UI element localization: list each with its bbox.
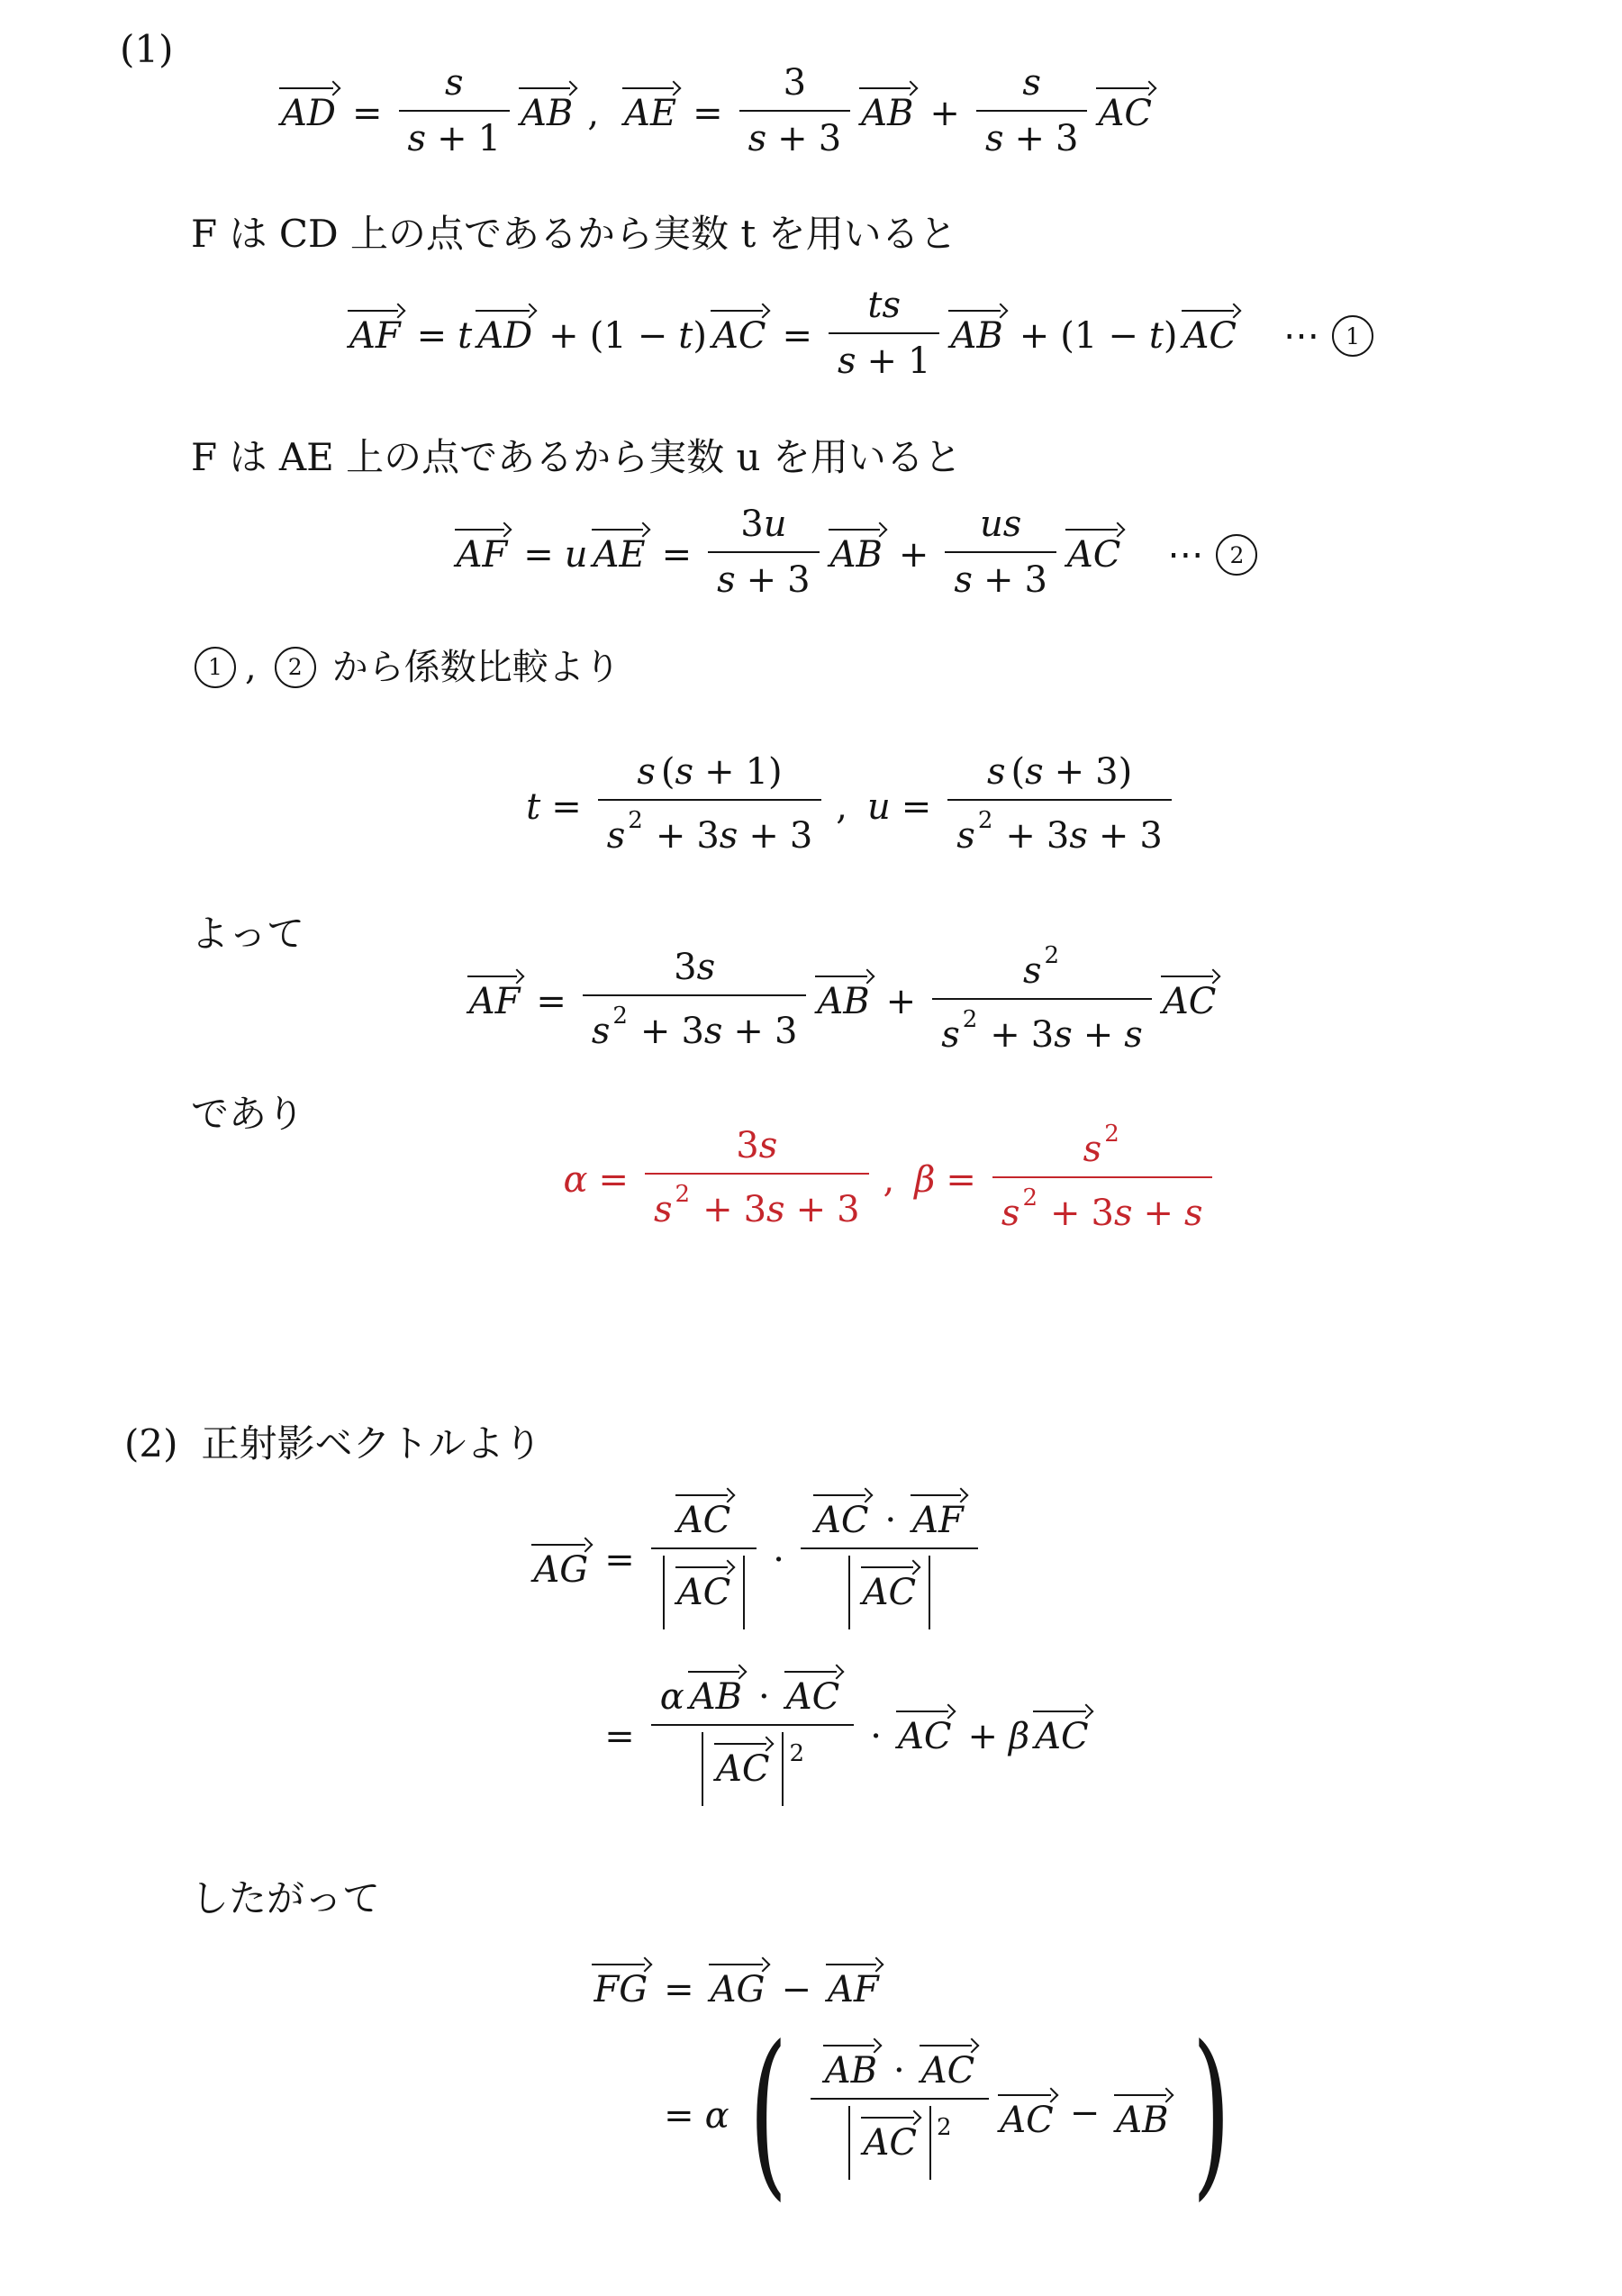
superscript: 2	[963, 1006, 978, 1033]
fraction: s2s2+3s+s	[992, 1121, 1212, 1234]
vector-ab-overarrow: AB	[857, 78, 917, 134]
vector-label: AC	[1098, 93, 1152, 134]
superscript: 2	[1104, 1121, 1119, 1148]
vector-label: AC	[815, 1500, 869, 1541]
math-token: +	[1005, 815, 1036, 857]
math-token: s	[1114, 1193, 1133, 1234]
math-line: AF=uAE=3us+3AB+uss+3AC⋯2	[451, 509, 1262, 606]
math-token: 3	[1092, 1193, 1114, 1234]
math-token: s	[1023, 950, 1042, 992]
math-token: s	[766, 1189, 785, 1230]
circled-number-2: 2	[1216, 534, 1257, 576]
math-token: 3	[775, 1011, 797, 1052]
math-token: 3	[1139, 815, 1162, 857]
vector-ab-overarrow: AB	[947, 301, 1006, 357]
math-token: +	[747, 559, 777, 601]
vector-ac-overarrow: AC	[783, 1662, 844, 1718]
fraction: ss+3	[976, 62, 1088, 159]
vector-ac-overarrow: AC	[859, 2108, 920, 2164]
math-token: +	[748, 815, 779, 857]
fraction-numerator: s2	[1014, 942, 1070, 998]
equation-fg-block: FG =AG−AF =α(AB·ACAC2AC−AB)	[0, 1955, 1622, 2191]
math-token: s	[1054, 1014, 1073, 1056]
math-token: +	[1055, 751, 1085, 793]
math-token: +	[1014, 118, 1045, 159]
math-token: −	[1108, 315, 1138, 357]
math-token: +	[967, 1716, 998, 1757]
paragraph-f-on-cd: F は CD 上の点であるから実数 t を用いると	[191, 212, 957, 257]
vector-label: AC	[863, 2122, 917, 2164]
math-token: 3	[1031, 1014, 1054, 1056]
superscript: 2	[675, 1181, 691, 1208]
math-token: 3	[784, 62, 806, 104]
vector-label: AD	[477, 315, 532, 357]
math-token: 3	[696, 815, 719, 857]
math-token: 3	[837, 1189, 859, 1230]
math-token: )	[693, 315, 707, 357]
fraction-numerator: 3	[775, 62, 815, 110]
math-token: s	[1025, 751, 1044, 793]
math-token: ,	[245, 646, 257, 689]
fraction-numerator: s(s+3)	[978, 751, 1141, 799]
math-token: 1	[908, 340, 930, 382]
vector-label: AB	[817, 981, 869, 1022]
fraction: AB·ACAC2	[811, 2036, 990, 2180]
section-1-marker: (1)	[120, 27, 174, 72]
fraction-numerator: s	[436, 62, 473, 110]
vector-ab-overarrow: AB	[821, 2036, 881, 2092]
vector-label: AC	[1000, 2100, 1054, 2141]
vector-ac-overarrow: AC	[1031, 1702, 1092, 1757]
math-token: t	[1149, 315, 1164, 357]
math-token: s	[941, 1014, 960, 1056]
fraction-denominator: AC	[651, 1549, 757, 1629]
absolute-value-bars: AC	[848, 1556, 931, 1629]
vector-label: AB	[521, 93, 573, 134]
fraction: 3s+3	[739, 62, 851, 159]
fraction: uss+3	[945, 504, 1056, 601]
vector-ag-overarrow: AG	[530, 1535, 592, 1591]
math-token: 3	[787, 559, 810, 601]
math-token: =	[352, 93, 383, 134]
math-token: 1	[603, 315, 626, 357]
math-token: =	[693, 93, 723, 134]
math-token: 3	[1095, 751, 1118, 793]
math-token: −	[638, 315, 668, 357]
vector-label: AC	[921, 2050, 975, 2092]
math-token: +	[983, 559, 1014, 601]
math-token: t	[678, 315, 693, 357]
circled-number-1: 1	[1332, 315, 1373, 357]
vector-label: AF	[828, 1969, 879, 2010]
math-line: =αAB·ACAC2·AC+βAC	[594, 1667, 1093, 1811]
math-token: =	[551, 786, 582, 828]
math-token: s	[637, 751, 656, 793]
fraction-denominator: s+1	[829, 334, 940, 382]
vector-label: AC	[677, 1500, 731, 1541]
math-token: =	[598, 1159, 629, 1201]
equation-af-via-cd: AF=tAD+(1−t)AC=tss+1AB+(1−t)AC⋯1	[0, 290, 1622, 387]
circled-number-2: 2	[275, 647, 316, 688]
math-token: s	[408, 118, 427, 159]
superscript: 2	[1044, 942, 1059, 969]
vector-label: FG	[594, 1969, 648, 2010]
fraction-denominator: s+3	[739, 112, 851, 159]
vector-ab-overarrow: AB	[1112, 2085, 1172, 2141]
vector-ad-overarrow: AD	[474, 301, 536, 357]
math-token: ts	[867, 285, 901, 326]
math-token: t	[526, 786, 540, 828]
math-token: ⋯	[1283, 315, 1319, 357]
vector-ac-overarrow: AC	[1064, 520, 1125, 576]
paren-content: AB·ACAC2AC−AB	[805, 2041, 1174, 2185]
math-line: =AG−AF	[653, 1955, 884, 2010]
math-token: s	[675, 751, 694, 793]
math-token: ·	[773, 1539, 784, 1581]
math-token: s	[607, 815, 626, 857]
math-token: −	[1070, 2092, 1101, 2134]
math-token: s	[954, 559, 973, 601]
fraction: 3us+3	[708, 504, 820, 601]
math-token: 3	[681, 1011, 703, 1052]
vector-label: AC	[716, 1748, 770, 1790]
fraction-numerator: s2	[1074, 1121, 1130, 1176]
math-token: s	[1022, 62, 1041, 104]
fraction-numerator: AC·AF	[801, 1485, 978, 1547]
math-line: AG	[528, 1535, 594, 1591]
vector-label: AF	[469, 981, 521, 1022]
superscript: 2	[937, 2114, 952, 2141]
vector-af-overarrow: AF	[466, 966, 524, 1022]
math-token: s	[717, 559, 736, 601]
math-token: s	[697, 947, 716, 988]
math-token: s	[1001, 1193, 1020, 1234]
math-token: β	[914, 1159, 935, 1201]
vector-label: AF	[912, 1500, 964, 1541]
math-token: ,	[836, 786, 847, 828]
math-token: α	[705, 2095, 729, 2137]
vector-ab-overarrow: AB	[517, 78, 576, 134]
fraction-numerator: s	[1013, 62, 1050, 110]
math-line: t=s(s+1)s2+3s+3,u=s(s+3)s2+3s+3	[526, 757, 1177, 862]
vector-ac-overarrow: AC	[918, 2036, 979, 2092]
math-token: 3	[1024, 559, 1047, 601]
vector-ab-overarrow: AB	[827, 520, 886, 576]
fraction-numerator: us	[971, 504, 1030, 551]
vector-label: AB	[861, 93, 913, 134]
math-token: +	[886, 981, 917, 1022]
section-2-heading: (2)正射影ベクトルより	[124, 1421, 542, 1466]
math-token: +	[1099, 815, 1129, 857]
math-token: +	[704, 751, 735, 793]
fraction: s(s+3)s2+3s+3	[947, 751, 1172, 857]
vector-label: AC	[863, 1572, 917, 1613]
vector-ae-overarrow: AE	[590, 520, 649, 576]
fraction-denominator: s+3	[708, 553, 820, 601]
math-token: +	[796, 1189, 827, 1230]
fraction: ss+1	[399, 62, 511, 159]
math-token: s	[592, 1011, 611, 1052]
math-token: ·	[870, 1716, 882, 1757]
equation-t-u-values: t=s(s+1)s2+3s+3,u=s(s+3)s2+3s+3	[0, 757, 1622, 862]
math-token: 1	[478, 118, 501, 159]
vector-label: AF	[457, 534, 508, 576]
math-token: ·	[893, 2050, 905, 2092]
vector-ab-overarrow: AB	[813, 966, 873, 1022]
reference-line: 1,2から係数比較より	[182, 646, 621, 691]
fraction-denominator: AC	[837, 1549, 943, 1629]
math-token: +	[640, 1011, 671, 1052]
math-line: AF=tAD+(1−t)AC=tss+1AB+(1−t)AC⋯1	[344, 290, 1377, 387]
math-token: s	[1124, 1014, 1143, 1056]
fraction-denominator: s2+3s+3	[583, 996, 807, 1052]
fraction-denominator: s2+3s+3	[947, 801, 1172, 857]
vector-label: AG	[711, 1969, 766, 2010]
math-token: s	[1083, 1129, 1102, 1170]
math-token: s	[1184, 1193, 1203, 1234]
vector-ac-overarrow: AC	[712, 1734, 774, 1790]
math-token: t	[458, 315, 472, 357]
math-token: +	[1143, 1193, 1173, 1234]
vector-af-overarrow: AF	[909, 1485, 967, 1541]
math-token: (	[1060, 315, 1074, 357]
fraction-denominator: s2+3s+3	[598, 801, 822, 857]
paragraph-shitagatte: したがって	[191, 1876, 380, 1921]
math-line: AD=ss+1AB,AE=3s+3AB+ss+3AC	[276, 68, 1157, 165]
vector-ac-overarrow: AC	[674, 1557, 735, 1613]
math-token: s	[759, 1125, 778, 1166]
math-token: s	[987, 751, 1006, 793]
fraction: αAB·ACAC2	[651, 1662, 855, 1806]
math-token: =	[523, 534, 554, 576]
math-token: 3	[736, 1125, 758, 1166]
fraction-denominator: s+3	[945, 553, 1056, 601]
math-token: 3	[790, 815, 812, 857]
math-token: 3	[744, 1189, 766, 1230]
math-token: )	[768, 751, 783, 793]
absolute-value-bars: AC	[848, 2106, 931, 2180]
math-token: +	[867, 340, 898, 382]
fraction-denominator: s+1	[399, 112, 511, 159]
math-token: β	[1009, 1716, 1029, 1757]
vector-ac-overarrow: AC	[1159, 966, 1220, 1022]
vector-label: AB	[950, 315, 1002, 357]
vector-label: AC	[1183, 315, 1237, 357]
circled-number-1: 1	[195, 647, 236, 688]
math-token: u	[565, 534, 588, 576]
aligned-equations: FG =AG−AF =α(AB·ACAC2AC−AB)	[534, 1955, 1195, 2191]
vector-label: AC	[786, 1676, 840, 1718]
vector-ac-overarrow: AC	[1180, 301, 1241, 357]
fraction-numerator: AC	[663, 1485, 746, 1547]
fraction-numerator: AB·AC	[811, 2036, 990, 2098]
fraction: AC·AFAC	[801, 1485, 978, 1629]
vector-ac-overarrow: AC	[894, 1702, 956, 1757]
math-token: =	[662, 534, 693, 576]
equation-af-via-ae: AF=uAE=3us+3AB+uss+3AC⋯2	[0, 509, 1622, 606]
math-token: =	[664, 1969, 694, 2010]
math-token: s	[985, 118, 1004, 159]
fraction-numerator: 3u	[731, 504, 795, 551]
math-token: +	[702, 1189, 733, 1230]
math-token: +	[777, 118, 808, 159]
fraction: s2s2+3s+s	[932, 942, 1152, 1056]
math-token: =	[604, 1716, 635, 1757]
vector-label: AC	[677, 1572, 731, 1613]
vector-label: AC	[1067, 534, 1121, 576]
math-token: =	[604, 1539, 635, 1581]
aligned-equations: AG =ACAC·AC·AFAC =αAB·ACAC2·AC+βAC	[528, 1491, 1093, 1811]
math-token: =	[946, 1159, 976, 1201]
absolute-value-bars: AC	[663, 1556, 746, 1629]
fraction-numerator: 3s	[665, 947, 724, 994]
math-token: 3	[1056, 118, 1078, 159]
fraction-numerator: αAB·AC	[651, 1662, 855, 1724]
fraction-denominator: s2+3s+3	[645, 1175, 869, 1230]
math-token: ,	[883, 1159, 895, 1201]
math-token: +	[437, 118, 467, 159]
fraction: 3ss2+3s+3	[583, 947, 807, 1052]
math-line: =ACAC·AC·AFAC	[594, 1491, 983, 1635]
paragraph-coefficient-comparison: 1,2から係数比較より	[182, 644, 621, 691]
vector-af-overarrow: AF	[824, 1955, 883, 2010]
math-token: +	[1019, 315, 1050, 357]
math-token: α	[563, 1159, 587, 1201]
math-token: (	[661, 751, 675, 793]
math-token: us	[980, 504, 1021, 545]
vector-af-overarrow: AF	[453, 520, 512, 576]
math-token: から係数比較より	[332, 646, 621, 689]
math-token: u	[764, 504, 787, 545]
superscript: 2	[789, 1740, 804, 1767]
vector-label: AB	[830, 534, 883, 576]
fraction-numerator: 3s	[727, 1125, 786, 1173]
parenthesized-group: (AB·ACAC2AC−AB)	[733, 2041, 1246, 2185]
math-token: =	[902, 786, 932, 828]
math-line-highlighted: α=3ss2+3s+3,β=s2s2+3s+s	[563, 1126, 1217, 1239]
vector-ac-overarrow: AC	[811, 1485, 873, 1541]
math-token: 3	[1047, 815, 1069, 857]
page: (1) AD=ss+1AB,AE=3s+3AB+ss+3AC F は CD 上の…	[0, 0, 1622, 2296]
vector-label: AF	[349, 315, 401, 357]
fraction-denominator: s2+3s+s	[932, 1000, 1152, 1056]
section-2-marker: (2)	[124, 1421, 178, 1466]
math-token: =	[782, 315, 812, 357]
vector-label: AD	[281, 93, 336, 134]
math-line: AF=3ss2+3s+3AB+s2s2+3s+sAC	[464, 948, 1222, 1061]
fraction: tss+1	[829, 285, 940, 382]
vector-label: AB	[1116, 2100, 1168, 2141]
math-token: +	[548, 315, 579, 357]
math-token: +	[1083, 1014, 1114, 1056]
vector-ae-overarrow: AE	[621, 78, 680, 134]
math-token: s	[720, 815, 739, 857]
vector-label: AC	[712, 315, 766, 357]
vector-label: AC	[1035, 1716, 1089, 1757]
equation-ag-block: AG =ACAC·AC·AFAC =αAB·ACAC2·AC+βAC	[0, 1491, 1622, 1811]
equation-alpha-beta: α=3ss2+3s+3,β=s2s2+3s+s	[0, 1126, 1622, 1239]
math-line: FG	[588, 1955, 653, 2010]
vector-label: AE	[624, 93, 676, 134]
math-token: (	[1010, 751, 1025, 793]
math-token: s	[704, 1011, 723, 1052]
vector-label: AB	[690, 1676, 742, 1718]
math-token: α	[660, 1676, 684, 1718]
math-token: =	[536, 981, 566, 1022]
math-token: +	[656, 815, 686, 857]
superscript: 2	[612, 1003, 628, 1030]
math-token: +	[733, 1011, 764, 1052]
math-line: =α(AB·ACAC2AC−AB)	[653, 2046, 1249, 2191]
fraction: 3ss2+3s+3	[645, 1125, 869, 1230]
vector-ac-overarrow: AC	[674, 1485, 735, 1541]
math-token: ·	[884, 1500, 896, 1541]
math-token: 1	[1074, 315, 1097, 357]
fraction-denominator: s2+3s+s	[992, 1178, 1212, 1234]
fraction-numerator: s(s+1)	[628, 751, 791, 799]
superscript: 2	[1022, 1184, 1038, 1212]
math-token: +	[929, 93, 960, 134]
fraction-denominator: s+3	[976, 112, 1088, 159]
math-token: s	[445, 62, 464, 104]
vector-label: AE	[594, 534, 646, 576]
vector-fg-overarrow: FG	[590, 1955, 651, 2010]
vector-label: AC	[898, 1716, 952, 1757]
vector-ac-overarrow: AC	[1094, 78, 1155, 134]
equation-ad-ae: AD=ss+1AB,AE=3s+3AB+ss+3AC	[0, 68, 1622, 165]
vector-ac-overarrow: AC	[996, 2085, 1057, 2141]
vector-ad-overarrow: AD	[277, 78, 340, 134]
superscript: 2	[978, 807, 993, 834]
equation-af-result: AF=3ss2+3s+3AB+s2s2+3s+sAC	[0, 948, 1622, 1061]
vector-af-overarrow: AF	[346, 301, 404, 357]
vector-label: AC	[1163, 981, 1217, 1022]
math-token: )	[1119, 751, 1133, 793]
paragraph-f-on-ae: F は AE 上の点であるから実数 u を用いると	[191, 435, 962, 480]
fraction-denominator: AC2	[690, 1726, 815, 1806]
math-token: =	[417, 315, 448, 357]
math-token: 3	[674, 947, 696, 988]
superscript: 2	[628, 807, 643, 834]
math-token: s	[956, 815, 975, 857]
vector-ac-overarrow: AC	[709, 301, 770, 357]
math-token: s	[1069, 815, 1088, 857]
math-token: s	[838, 340, 856, 382]
section-2-title: 正射影ベクトルより	[202, 1421, 542, 1466]
math-token: +	[1050, 1193, 1081, 1234]
absolute-value-bars: AC	[702, 1732, 784, 1806]
math-token: u	[867, 786, 891, 828]
math-token: 3	[740, 504, 763, 545]
math-token: −	[782, 1969, 812, 2010]
math-token: +	[899, 534, 929, 576]
vector-label: AB	[825, 2050, 877, 2092]
math-token: 1	[746, 751, 768, 793]
math-token: s	[654, 1189, 673, 1230]
vector-ag-overarrow: AG	[707, 1955, 769, 2010]
fraction-denominator: AC2	[837, 2100, 962, 2180]
math-token: (	[590, 315, 604, 357]
math-token: s	[748, 118, 767, 159]
math-token: ,	[587, 93, 599, 134]
vector-ac-overarrow: AC	[859, 1557, 920, 1613]
math-token: )	[1164, 315, 1178, 357]
math-token: ·	[758, 1676, 770, 1718]
math-token: 3	[819, 118, 841, 159]
math-token: ⋯	[1167, 534, 1203, 576]
fraction-numerator: ts	[858, 285, 910, 332]
vector-ab-overarrow: AB	[686, 1662, 746, 1718]
